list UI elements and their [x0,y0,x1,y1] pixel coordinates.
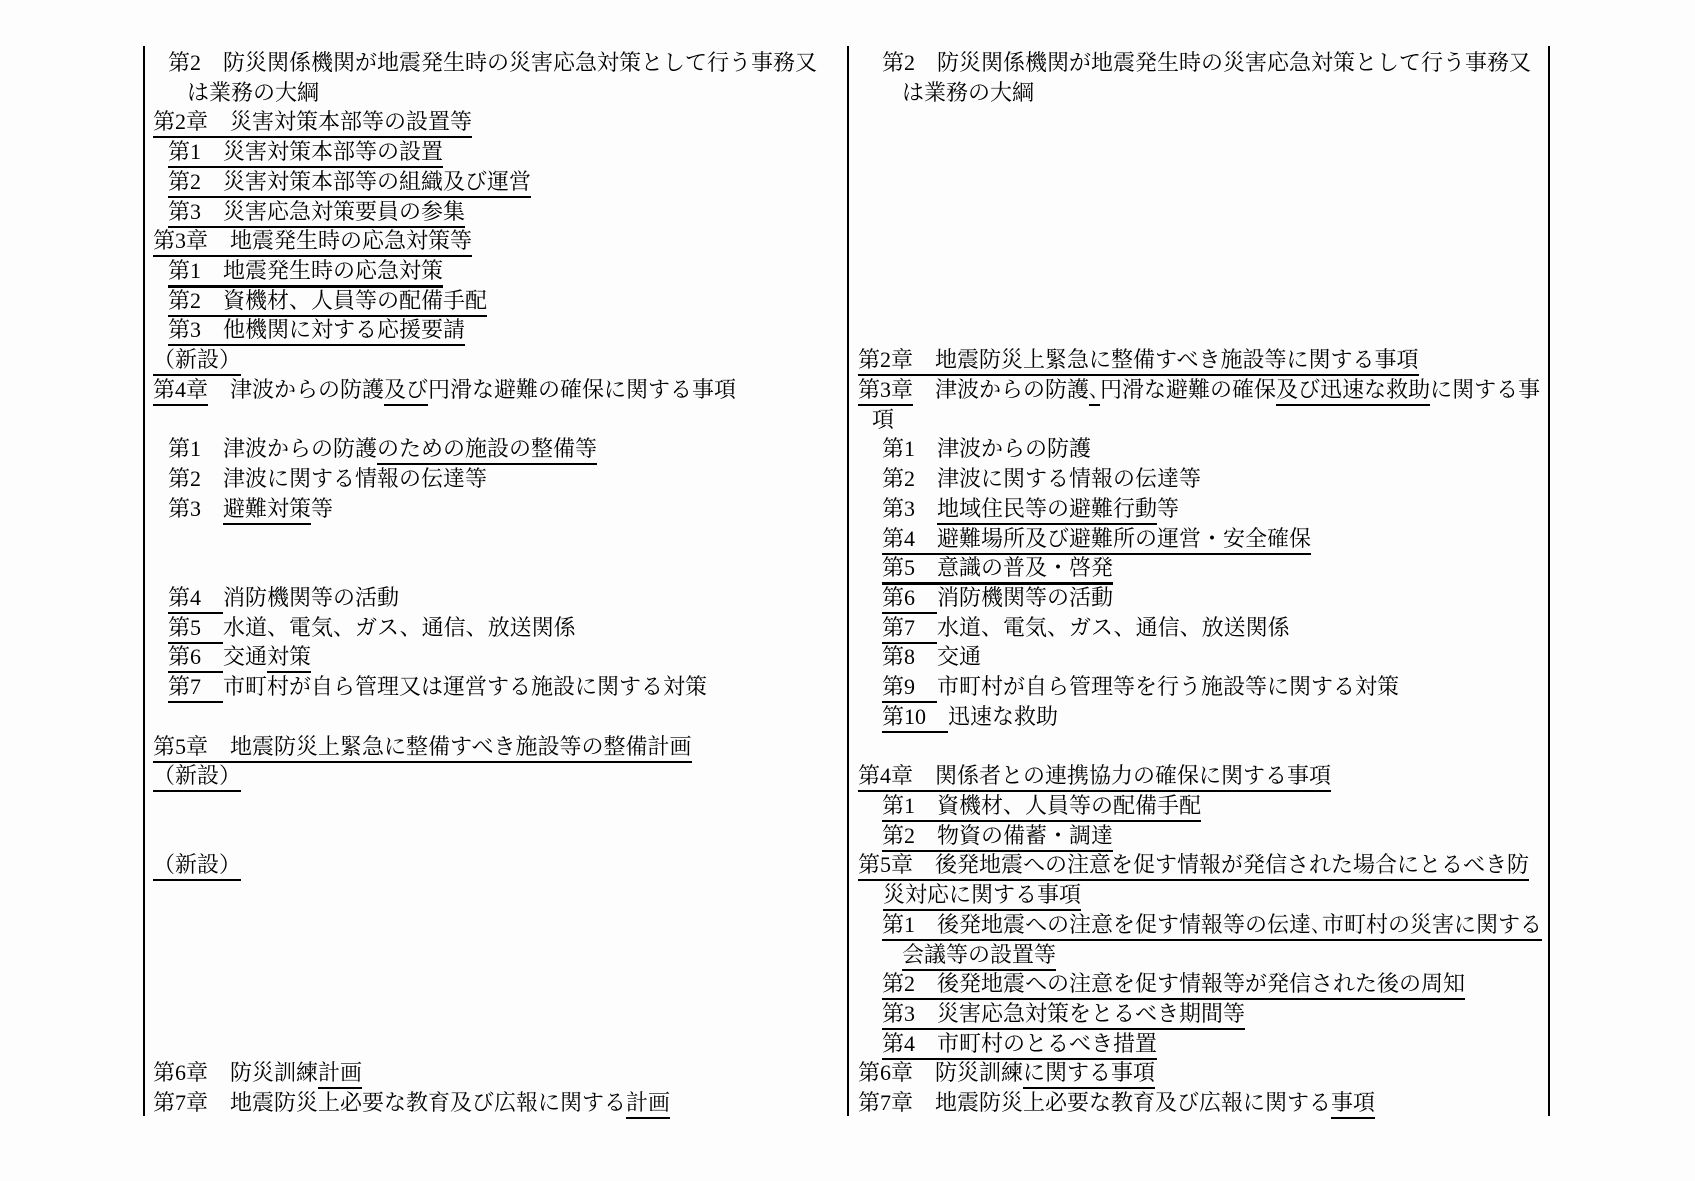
revised-text-segment: 会議等の設置等 [902,942,1056,971]
revised-text-segment: 計画 [626,1090,670,1119]
toc-line: 災対応に関する事項 [847,880,1548,910]
toc-line: 第2 津波に関する情報の伝達等 [847,464,1548,494]
document-page: 第2 防災関係機関が地震発生時の災害応急対策として行う事務又は業務の大綱第2章 … [0,0,1695,1181]
toc-line: 第1 資機材、人員等の配備手配 [847,791,1548,821]
revised-text-segment: 及び迅速な救助 [1276,377,1430,406]
revised-text-segment: 及び [384,377,428,406]
revised-text-segment: 第2 資機材、人員等の配備手配 [168,288,487,317]
toc-line: 第6章 防災訓練に関する事項 [847,1058,1548,1088]
revised-text-segment: 第4 避難場所及び避難所の運営・安全確保 [882,526,1311,555]
toc-line: 会議等の設置等 [847,940,1548,970]
text-segment: 第2 津波に関する情報の伝達等 [882,466,1201,491]
revised-text-segment: 第1 災害対策本部等の設置 [168,139,443,168]
toc-line: 第5章 後発地震への注意を促す情報が発信された場合にとるべき防 [847,850,1548,880]
revised-text-segment: 第6 [882,585,937,614]
toc-line [847,256,1548,286]
toc-line: 第1 津波からの防護 [847,434,1548,464]
revised-text-segment: 第2 物資の備蓄・調達 [882,823,1113,852]
revised-text-segment: 第1 地震発生時の応急対策 [168,258,443,288]
revised-text-segment: 第10 [882,704,948,733]
revised-text-segment: 第5 意識の普及・啓発 [882,555,1113,585]
toc-line: 第1 津波からの防護のための施設の整備等 [143,434,847,464]
text-segment: 等 [311,496,333,521]
text-segment: 第6章 防災訓練 [858,1060,1023,1085]
toc-line [143,880,847,910]
toc-line: 第4章 津波からの防護及び円滑な避難の確保に関する事項 [143,375,847,405]
toc-line [847,226,1548,256]
text-segment: 水道、電気、ガス、通信、放送関係 [937,615,1290,640]
text-segment: 津波からの防護 [913,377,1089,402]
toc-line: 第2 後発地震への注意を促す情報等が発信された後の周知 [847,969,1548,999]
toc-line: は業務の大綱 [847,78,1548,108]
toc-line [143,821,847,851]
toc-line: 項 [847,405,1548,435]
toc-line [143,910,847,940]
text-segment: 津波からの防護 [208,377,384,402]
revised-text-segment: 第4章 [153,377,208,406]
revised-text-segment: （新設） [153,347,241,376]
toc-line [847,107,1548,137]
revised-text-segment: 第9 [882,674,937,703]
revised-text-segment: （新設） [153,763,241,792]
revised-text-segment: 第4 市町村のとるべき措置 [882,1031,1157,1060]
toc-line: 第4 消防機関等の活動 [143,583,847,613]
toc-line: 第4 避難場所及び避難所の運営・安全確保 [847,524,1548,554]
revised-text-segment: 事項 [1331,1090,1375,1119]
toc-line: 第2 物資の備蓄・調達 [847,821,1548,851]
revised-text-segment: 第4 [168,585,223,614]
toc-line [143,1029,847,1059]
toc-line [143,999,847,1029]
revised-text-segment: 第5章 後発地震への注意を促す情報が発信された場合にとるべき防 [858,852,1529,881]
revised-text-segment: 第3 災害応急対策をとるべき期間等 [882,1001,1245,1030]
toc-line: 第3 地域住民等の避難行動等 [847,494,1548,524]
revised-text-segment: 避難対策 [223,496,311,525]
revised-text-segment: に関する事項 [1023,1060,1155,1089]
text-segment: 円滑な避難の確保 [1100,377,1276,402]
revised-text-segment: 第7 [168,674,223,703]
text-segment: 消防機関等の活動 [223,585,399,610]
toc-line: 第10 迅速な救助 [847,702,1548,732]
toc-line: 第6 消防機関等の活動 [847,583,1548,613]
revised-text-segment: 第2 後発地震への注意を促す情報等が発信された後の周知 [882,971,1465,1000]
toc-line [143,940,847,970]
revised-text-segment: 第5章 地震防災上緊急に整備すべき施設等の整備計画 [153,734,692,763]
text-segment: 第2 防災関係機関が地震発生時の災害応急対策として行う事務又 [882,50,1531,75]
revised-text-segment: 計画 [318,1060,362,1089]
revised-text-segment: 第3章 地震発生時の応急対策等 [153,228,472,257]
toc-line: 第6 交通対策 [143,642,847,672]
toc-line [847,286,1548,316]
toc-line [847,732,1548,762]
toc-line: 第2 防災関係機関が地震発生時の災害応急対策として行う事務又 [847,48,1548,78]
toc-line: 第2章 地震防災上緊急に整備すべき施設等に関する事項 [847,345,1548,375]
toc-line: 第7章 地震防災上必要な教育及び広報に関する計画 [143,1088,847,1118]
revised-text-segment: 災対応に関する事項 [883,882,1081,911]
text-segment: 交通 [223,644,267,669]
toc-line [143,405,847,435]
toc-line [847,137,1548,167]
column-old-plan: 第2 防災関係機関が地震発生時の災害応急対策として行う事務又は業務の大綱第2章 … [143,48,847,1118]
toc-line: （新設） [143,345,847,375]
toc-line: 第5 意識の普及・啓発 [847,553,1548,583]
toc-line: 第7 市町村が自ら管理又は運営する施設に関する対策 [143,672,847,702]
revised-text-segment: 第6 [168,644,223,673]
toc-line: 第8 交通 [847,642,1548,672]
revised-text-segment: 第7 [882,615,937,644]
text-segment: 市町村が自ら管理等を行う施設等に関する対策 [937,674,1399,699]
toc-line: 第1 地震発生時の応急対策 [143,256,847,286]
text-segment: 迅速な救助 [948,704,1058,729]
toc-line: 第2章 災害対策本部等の設置等 [143,107,847,137]
toc-line: 第9 市町村が自ら管理等を行う施設等に関する対策 [847,672,1548,702]
revised-text-segment: ､ [1089,377,1100,406]
toc-line: 第2 津波に関する情報の伝達等 [143,464,847,494]
text-segment: に関する事 [1430,377,1540,402]
text-segment: 水道、電気、ガス、通信、放送関係 [223,615,576,640]
toc-line: 第3 災害応急対策要員の参集 [143,197,847,227]
toc-line: （新設） [143,761,847,791]
text-segment: は業務の大綱 [902,80,1034,105]
revised-text-segment: のための施設の整備等 [377,436,597,465]
toc-line: 第5 水道、電気、ガス、通信、放送関係 [143,613,847,643]
revised-text-segment: 地域住民等の避難行動 [937,496,1157,525]
toc-line: 第3章 地震発生時の応急対策等 [143,226,847,256]
table-border-right [1548,46,1550,1116]
toc-line: 第7 水道、電気、ガス、通信、放送関係 [847,613,1548,643]
revised-text-segment: 第3 災害応急対策要員の参集 [168,199,465,228]
toc-line [143,702,847,732]
text-segment: 消防機関等の活動 [937,585,1113,610]
toc-line [847,167,1548,197]
text-segment: 第3 [168,496,223,521]
text-segment: 第2 津波に関する情報の伝達等 [168,466,487,491]
text-segment: 項 [872,407,894,432]
toc-line: 第2 防災関係機関が地震発生時の災害応急対策として行う事務又 [143,48,847,78]
text-segment: 第8 交通 [882,644,981,669]
revised-text-segment: 第3 他機関に対する応援要請 [168,317,465,346]
text-segment: 等 [1157,496,1179,521]
toc-line: は業務の大綱 [143,78,847,108]
toc-line: 第3章 津波からの防護､円滑な避難の確保及び迅速な救助に関する事 [847,375,1548,405]
toc-line: 第7章 地震防災上必要な教育及び広報に関する事項 [847,1088,1548,1118]
toc-line: 第3 災害応急対策をとるべき期間等 [847,999,1548,1029]
revised-text-segment: 第1 資機材、人員等の配備手配 [882,793,1201,822]
revised-text-segment: 第4章 関係者との連携協力の確保に関する事項 [858,763,1331,792]
text-segment: 第6章 防災訓練 [153,1060,318,1085]
toc-line: 第1 災害対策本部等の設置 [143,137,847,167]
text-segment: は業務の大綱 [187,80,319,105]
text-segment: 第1 津波からの防護 [882,436,1091,461]
text-segment: 円滑な避難の確保に関する事項 [428,377,736,402]
toc-line: 第4章 関係者との連携協力の確保に関する事項 [847,761,1548,791]
toc-line: 第4 市町村のとるべき措置 [847,1029,1548,1059]
toc-line [143,553,847,583]
toc-line [143,791,847,821]
column-new-plan: 第2 防災関係機関が地震発生時の災害応急対策として行う事務又は業務の大綱第2章 … [847,48,1548,1118]
text-segment: 第7章 地震防災上必要な教育及び広報に関する [153,1090,626,1115]
text-segment: 第3 [882,496,937,521]
text-segment: 市町村が自ら管理又は運営する施設に関する対策 [223,674,707,699]
revised-text-segment: 対策 [267,644,311,673]
text-segment: 第7章 地震防災上必要な教育及び広報に関する [858,1090,1331,1115]
revised-text-segment: 第2章 地震防災上緊急に整備すべき施設等に関する事項 [858,347,1419,376]
toc-line: 第2 資機材、人員等の配備手配 [143,286,847,316]
revised-text-segment: 第2章 災害対策本部等の設置等 [153,109,472,138]
toc-line: 第6章 防災訓練計画 [143,1058,847,1088]
toc-line: 第3 他機関に対する応援要請 [143,315,847,345]
revised-text-segment: 第2 災害対策本部等の組織及び運営 [168,169,531,198]
revised-text-segment: 第1 後発地震への注意を促す情報等の伝達､市町村の災害に関する [882,912,1542,941]
toc-line [143,969,847,999]
toc-line [143,524,847,554]
toc-line: 第1 後発地震への注意を促す情報等の伝達､市町村の災害に関する [847,910,1548,940]
text-segment: 第1 津波からの防護 [168,436,377,461]
revised-text-segment: 第5 [168,615,223,644]
toc-line: 第2 災害対策本部等の組織及び運営 [143,167,847,197]
toc-line [847,197,1548,227]
toc-line: （新設） [143,850,847,880]
revised-text-segment: （新設） [153,852,241,881]
toc-line: 第3 避難対策等 [143,494,847,524]
toc-line [847,315,1548,345]
toc-line: 第5章 地震防災上緊急に整備すべき施設等の整備計画 [143,732,847,762]
revised-text-segment: 第3章 [858,377,913,406]
text-segment: 第2 防災関係機関が地震発生時の災害応急対策として行う事務又 [168,50,817,75]
